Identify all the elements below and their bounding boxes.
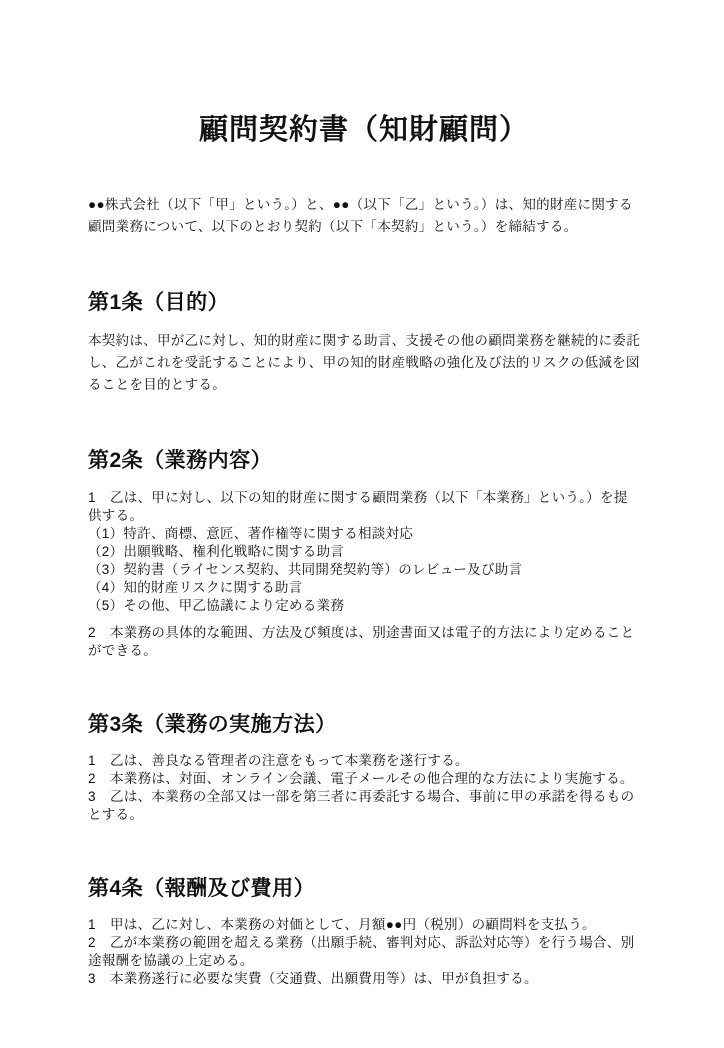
item-number: 1 [88, 752, 110, 770]
item-number: 2 [88, 934, 110, 952]
item-text: 乙は、甲に対し、以下の知的財産に関する顧問業務（以下「本業務」という。）を提供す… [88, 490, 628, 523]
article-4-item-1: 1甲は、乙に対し、本業務の対価として、月額●●円（税別）の顧問料を支払う。 [88, 916, 640, 934]
contract-document-page: 顧問契約書（知財顧問） ●●株式会社（以下「甲」という。）と、●●（以下「乙」と… [0, 0, 724, 1048]
article-2-subitem-5: （5）その他、甲乙協議により定める業務 [88, 597, 640, 615]
article-3-heading: 第3条（業務の実施方法） [88, 712, 640, 737]
article-4-heading: 第4条（報酬及び費用） [88, 876, 640, 901]
item-text: 本業務は、対面、オンライン会議、電子メールその他合理的な方法により実施する。 [110, 771, 634, 786]
item-number: 1 [88, 489, 110, 507]
article-4-item-3: 3本業務遂行に必要な実費（交通費、出願費用等）は、甲が負担する。 [88, 970, 640, 988]
item-text: 甲は、乙に対し、本業務の対価として、月額●●円（税別）の顧問料を支払う。 [110, 917, 596, 932]
item-number: 1 [88, 916, 110, 934]
article-2-item-1: 1乙は、甲に対し、以下の知的財産に関する顧問業務（以下「本業務」という。）を提供… [88, 489, 640, 525]
article-4: 第4条（報酬及び費用） 1甲は、乙に対し、本業務の対価として、月額●●円（税別）… [88, 876, 640, 988]
document-title: 顧問契約書（知財顧問） [88, 112, 640, 148]
item-text: 乙は、本業務の全部又は一部を第三者に再委託する場合、事前に甲の承諾を得るものとす… [88, 789, 634, 822]
article-2-item-2: 2本業務の具体的な範囲、方法及び頻度は、別途書面又は電子的方法により定めることが… [88, 624, 640, 660]
article-4-item-2: 2乙が本業務の範囲を超える業務（出願手続、審判対応、訴訟対応等）を行う場合、別途… [88, 934, 640, 970]
item-text: 乙が本業務の範囲を超える業務（出願手続、審判対応、訴訟対応等）を行う場合、別途報… [88, 935, 634, 968]
item-text: 本業務の具体的な範囲、方法及び頻度は、別途書面又は電子的方法により定めることがで… [88, 625, 634, 658]
article-2-subitem-4: （4）知的財産リスクに関する助言 [88, 579, 640, 597]
article-3-item-1: 1乙は、善良なる管理者の注意をもって本業務を遂行する。 [88, 752, 640, 770]
item-number: 2 [88, 624, 110, 642]
item-number: 2 [88, 770, 110, 788]
article-2-subitem-1: （1）特許、商標、意匠、著作権等に関する相談対応 [88, 525, 640, 543]
article-2: 第2条（業務内容） 1乙は、甲に対し、以下の知的財産に関する顧問業務（以下「本業… [88, 448, 640, 659]
article-1-body: 本契約は、甲が乙に対し、知的財産に関する助言、支援その他の顧問業務を継続的に委託… [88, 330, 640, 396]
preamble-paragraph: ●●株式会社（以下「甲」という。）と、●●（以下「乙」という。）は、知的財産に関… [88, 194, 640, 238]
article-3-item-2: 2本業務は、対面、オンライン会議、電子メールその他合理的な方法により実施する。 [88, 770, 640, 788]
item-number: 3 [88, 788, 110, 806]
item-text: 本業務遂行に必要な実費（交通費、出願費用等）は、甲が負担する。 [110, 971, 538, 986]
article-2-subitem-2: （2）出願戦略、権利化戦略に関する助言 [88, 543, 640, 561]
article-2-heading: 第2条（業務内容） [88, 448, 640, 473]
article-3-item-3: 3乙は、本業務の全部又は一部を第三者に再委託する場合、事前に甲の承諾を得るものと… [88, 788, 640, 824]
item-text: 乙は、善良なる管理者の注意をもって本業務を遂行する。 [110, 753, 469, 768]
article-1-heading: 第1条（目的） [88, 290, 640, 315]
article-2-subitem-3: （3）契約書（ライセンス契約、共同開発契約等）のレビュー及び助言 [88, 561, 640, 579]
article-3: 第3条（業務の実施方法） 1乙は、善良なる管理者の注意をもって本業務を遂行する。… [88, 712, 640, 824]
article-1: 第1条（目的） 本契約は、甲が乙に対し、知的財産に関する助言、支援その他の顧問業… [88, 290, 640, 396]
item-number: 3 [88, 970, 110, 988]
